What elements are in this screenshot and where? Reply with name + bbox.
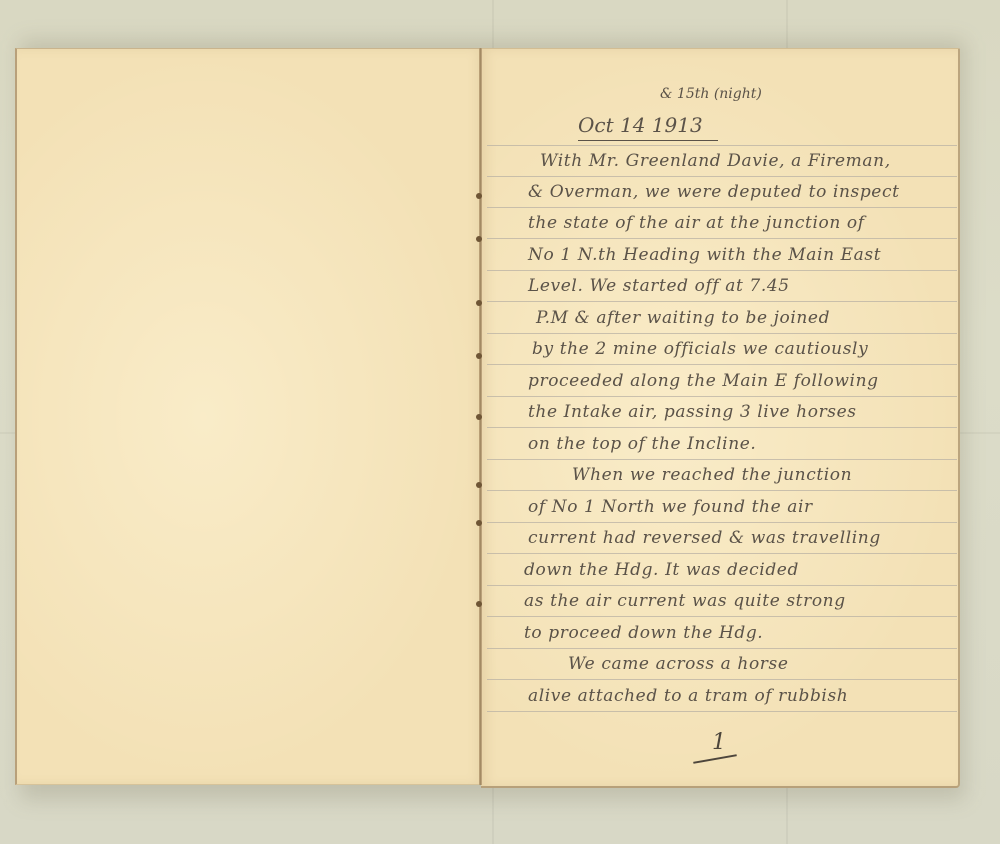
ruled-line [487,427,957,428]
ruled-line [487,333,957,334]
text-line: by the 2 mine officials we cautiously [532,339,868,359]
text-line: alive attached to a tram of rubbish [528,686,848,706]
ruled-line [487,679,957,680]
ruled-line [487,176,957,177]
binding-stitch [476,414,482,420]
text-line: No 1 N.th Heading with the Main East [528,245,881,265]
ruled-line [487,364,957,365]
binding-stitch [476,353,482,359]
text-line: of No 1 North we found the air [528,497,813,517]
date-underline [578,140,718,141]
text-line: as the air current was quite strong [524,591,846,611]
text-line: the Intake air, passing 3 live horses [528,402,857,422]
ruled-line [487,145,957,146]
text-line: down the Hdg. It was decided [524,560,799,580]
text-line: We came across a horse [568,654,789,674]
binding-stitch [476,300,482,306]
binding-stitch [476,520,482,526]
ruled-line [487,459,957,460]
text-line: & Overman, we were deputed to inspect [528,182,900,202]
ruled-line [487,585,957,586]
ruled-line [487,553,957,554]
binding-stitch [476,482,482,488]
ruled-line [487,301,957,302]
text-line: When we reached the junction [572,465,852,485]
text-line: current had reversed & was travelling [528,528,881,548]
ruled-line [487,522,957,523]
ruled-line [487,396,957,397]
text-line: proceeded along the Main E following [528,371,879,391]
text-line: the state of the air at the junction of [528,213,865,233]
text-line: With Mr. Greenland Davie, a Fireman, [540,151,891,171]
ruled-line [487,490,957,491]
page-number: 1 [712,730,726,755]
ruled-line [487,616,957,617]
text-line: P.M & after waiting to be joined [536,308,830,328]
text-line: Level. We started off at 7.45 [528,276,790,296]
binding-stitch [476,601,482,607]
entry-date: Oct 14 1913 [578,113,703,137]
date-addition: & 15th (night) [660,86,762,102]
binding-stitch [476,193,482,199]
text-line: to proceed down the Hdg. [524,623,763,643]
text-line: on the top of the Incline. [528,434,756,454]
ruled-line [487,711,957,712]
ruled-line [487,270,957,271]
binding-stitch [476,236,482,242]
left-page [15,48,483,785]
ruled-line [487,207,957,208]
ruled-line [487,238,957,239]
ruled-line [487,648,957,649]
